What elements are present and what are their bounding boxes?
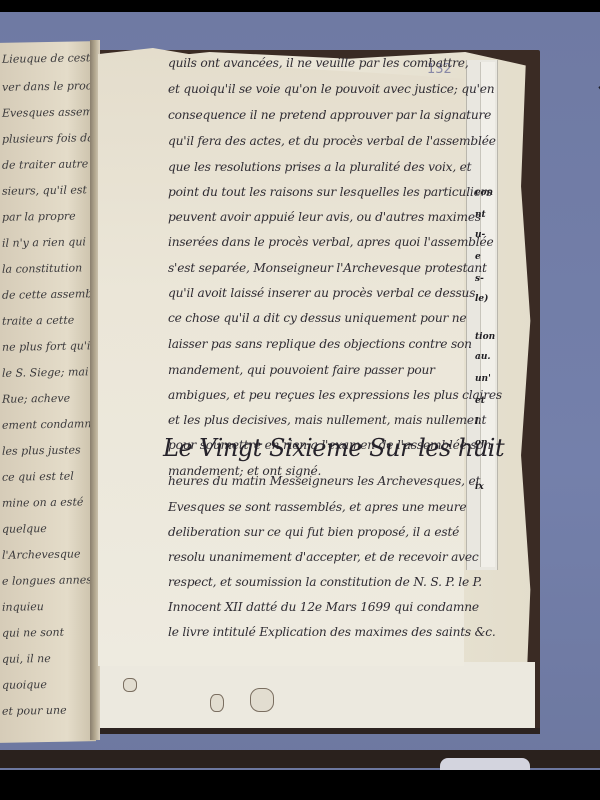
left-page: Lieuque de ceste Omi ver dans le proces … (0, 41, 96, 743)
left-fragment: ne plus fort qu'il (2, 339, 94, 354)
manuscript-line: ambigues, et peu reçues les expressions … (168, 388, 502, 402)
manuscript-line: deliberation sur ce qui fut bien proposé… (168, 525, 459, 539)
manuscript-line: et quoiqu'il se voie qu'on le pouvoit av… (168, 82, 494, 96)
left-fragment: de traiter autre (2, 157, 88, 172)
strip-fragment: un' (475, 374, 491, 384)
manuscript-line: ce chose qu'il a dit cy dessus uniquemen… (168, 311, 466, 325)
left-fragment: ement condamn (2, 417, 91, 432)
manuscript-line: qu'il avoit laissé inserer au procès ver… (168, 286, 475, 300)
left-fragment: quelque (2, 522, 47, 536)
left-fragment: et pour une (2, 704, 67, 718)
left-fragment: plusieurs fois dan (2, 131, 101, 146)
binding-edge (60, 728, 540, 734)
manuscript-line: consequence il ne pretend approuver par … (168, 108, 491, 122)
left-fragment: l'Archevesque (2, 547, 81, 561)
manuscript-line: Innocent XII datté du 12e Mars 1699 qui … (168, 600, 479, 614)
page-bottom-edge (70, 662, 535, 732)
manuscript-line: s'est separée, Monseigneur l'Archevesque… (168, 261, 487, 275)
strip-fragment: tion (475, 332, 495, 342)
left-fragment: le S. Siege; mai (2, 365, 89, 380)
section-heading: Le Vingt Sixieme Sur les huit (163, 434, 504, 462)
left-fragment: il n'y a rien qui (2, 235, 86, 249)
manuscript-line: que les resolutions prises a la pluralit… (168, 160, 471, 174)
manuscript-line: quils ont avancées, il ne veuille par le… (168, 56, 469, 70)
left-fragment: la constitution (2, 261, 82, 275)
left-fragment: de cette assemble (2, 287, 102, 302)
manuscript-line: resolu unanimement d'accepter, et de rec… (168, 550, 479, 564)
left-fragment: mine on a esté (2, 495, 83, 509)
left-fragment: ver dans le proces (2, 79, 104, 94)
left-fragment: e longues annes (2, 573, 92, 588)
manuscript-line: point du tout les raisons sur lesquelles… (168, 185, 492, 199)
cloth (440, 758, 530, 770)
paper-damage (210, 694, 224, 712)
left-fragment: les plus justes (2, 443, 81, 457)
manuscript-line: le livre intitulé Explication des maxime… (168, 625, 496, 639)
photograph: Lieuque de ceste Omi ver dans le proces … (0, 12, 600, 770)
manuscript-line: laisser pas sans replique des objections… (168, 337, 472, 351)
manuscript-line: mandement, qui pouvoient faire passer po… (168, 363, 435, 377)
left-fragment: qui, il ne (2, 652, 51, 666)
manuscript-line: inserées dans le procès verbal, apres qu… (168, 235, 494, 249)
paper-damage (123, 678, 137, 692)
left-fragment: traite a cette (2, 314, 74, 328)
manuscript-line: peuvent avoir appuié leur avis, ou d'aut… (168, 210, 481, 224)
strip-fragment: au. (475, 352, 491, 362)
manuscript-line: qu'il fera des actes, et du procès verba… (168, 134, 496, 148)
left-fragment: ce qui est tel (2, 470, 74, 484)
left-fragment: quoique (2, 678, 47, 692)
left-fragment: inquieu (2, 600, 44, 614)
left-fragment: par la propre (2, 210, 76, 224)
paper-damage (250, 688, 274, 712)
manuscript-line: et les plus decisives, mais nullement, m… (168, 413, 486, 427)
manuscript-line: respect, et soumission la constitution d… (168, 575, 482, 589)
manuscript-line: heures du matin Messeigneurs les Archeve… (168, 474, 480, 488)
left-fragment: Rue; acheve (2, 392, 70, 406)
left-fragment: qui ne sont (2, 626, 64, 640)
manuscript-line: Evesques se sont rassemblés, et apres un… (168, 500, 466, 514)
strip-fragment: s- (475, 274, 484, 284)
strip-fragment: le) (475, 294, 488, 304)
left-fragment: sieurs, qu'il est (2, 183, 87, 197)
